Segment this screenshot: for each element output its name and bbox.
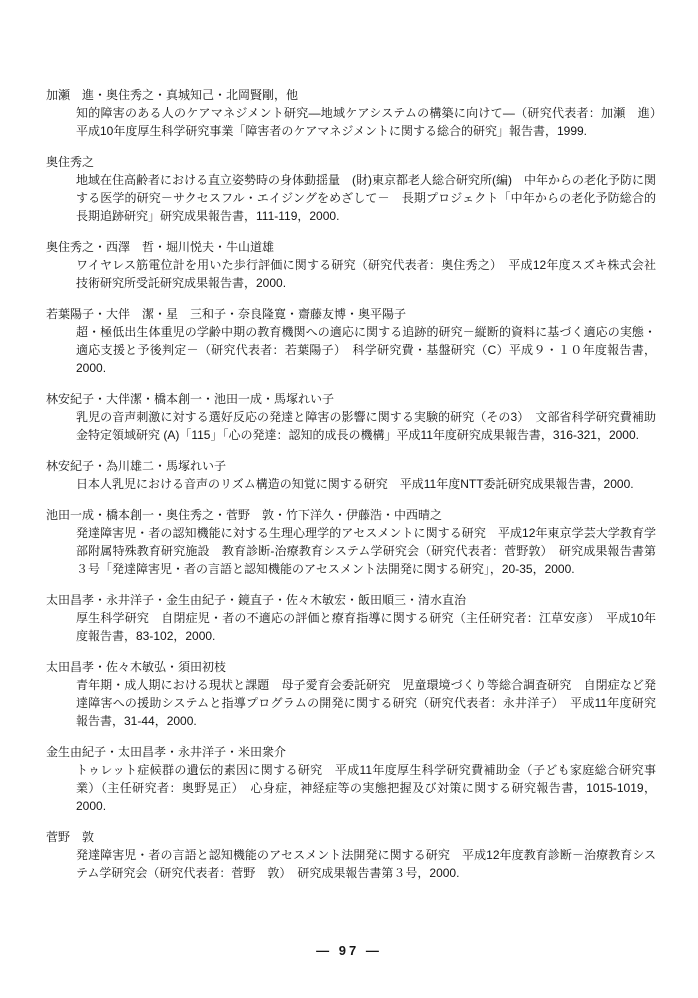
- bibliography-entry: 奥住秀之・西澤 哲・堀川悦夫・牛山道雄 ワイヤレス筋電位計を用いた歩行評価に関す…: [46, 238, 656, 292]
- entry-authors: 奥住秀之・西澤 哲・堀川悦夫・牛山道雄: [46, 238, 656, 256]
- entry-authors: 太田昌孝・佐々木敏弘・須田初枝: [46, 658, 656, 676]
- entry-body: 知的障害のある人のケアマネジメント研究―地域ケアシステムの構築に向けて―（研究代…: [76, 104, 656, 140]
- document-page: 加瀬 進・奥住秀之・真城知己・北岡賢剛，他 知的障害のある人のケアマネジメント研…: [0, 0, 698, 998]
- entry-body: 厚生科学研究 自閉症児・者の不適応の評価と療育指導に関する研究（主任研究者：江草…: [76, 609, 656, 645]
- entry-authors: 池田一成・橋本創一・奥住秀之・菅野 敦・竹下洋久・伊藤浩・中西晴之: [46, 506, 656, 524]
- bibliography-entry: 金生由紀子・太田昌孝・永井洋子・米田衆介 トゥレット症候群の遺伝的素因に関する研…: [46, 743, 656, 815]
- bibliography-list: 加瀬 進・奥住秀之・真城知己・北岡賢剛，他 知的障害のある人のケアマネジメント研…: [46, 86, 656, 895]
- bibliography-entry: 加瀬 進・奥住秀之・真城知己・北岡賢剛，他 知的障害のある人のケアマネジメント研…: [46, 86, 656, 140]
- entry-body: 超・極低出生体重児の学齢中期の教育機関への適応に関する追跡的研究－縦断的資料に基…: [76, 323, 656, 377]
- entry-body: 青年期・成人期における現状と課題 母子愛育会委託研究 児童環境づくり等総合調査研…: [76, 676, 656, 730]
- bibliography-entry: 池田一成・橋本創一・奥住秀之・菅野 敦・竹下洋久・伊藤浩・中西晴之 発達障害児・…: [46, 506, 656, 578]
- entry-authors: 金生由紀子・太田昌孝・永井洋子・米田衆介: [46, 743, 656, 761]
- bibliography-entry: 奥住秀之 地域在住高齢者における直立姿勢時の身体動揺量 (財)東京都老人総合研究…: [46, 153, 656, 225]
- bibliography-entry: 若葉陽子・大伴 潔・星 三和子・奈良隆寛・齋藤友博・奥平陽子 超・極低出生体重児…: [46, 305, 656, 377]
- bibliography-entry: 太田昌孝・佐々木敏弘・須田初枝 青年期・成人期における現状と課題 母子愛育会委託…: [46, 658, 656, 730]
- entry-authors: 林安紀子・為川雄二・馬塚れい子: [46, 457, 656, 475]
- bibliography-entry: 菅野 敦 発達障害児・者の言語と認知機能のアセスメント法開発に関する研究 平成1…: [46, 828, 656, 882]
- bibliography-entry: 林安紀子・大伴潔・橋本創一・池田一成・馬塚れい子 乳児の音声刺激に対する選好反応…: [46, 390, 656, 444]
- entry-authors: 若葉陽子・大伴 潔・星 三和子・奈良隆寛・齋藤友博・奥平陽子: [46, 305, 656, 323]
- entry-body: 発達障害児・者の言語と認知機能のアセスメント法開発に関する研究 平成12年度教育…: [76, 846, 656, 882]
- entry-body: 日本人乳児における音声のリズム構造の知覚に関する研究 平成11年度NTT委託研究…: [76, 475, 656, 493]
- entry-authors: 奥住秀之: [46, 153, 656, 171]
- entry-body: 地域在住高齢者における直立姿勢時の身体動揺量 (財)東京都老人総合研究所(編) …: [76, 171, 656, 225]
- entry-body: ワイヤレス筋電位計を用いた歩行評価に関する研究（研究代表者：奥住秀之） 平成12…: [76, 256, 656, 292]
- bibliography-entry: 太田昌孝・永井洋子・金生由紀子・鏡直子・佐々木敏宏・飯田順三・清水直治 厚生科学…: [46, 591, 656, 645]
- entry-authors: 太田昌孝・永井洋子・金生由紀子・鏡直子・佐々木敏宏・飯田順三・清水直治: [46, 591, 656, 609]
- entry-authors: 林安紀子・大伴潔・橋本創一・池田一成・馬塚れい子: [46, 390, 656, 408]
- entry-body: 乳児の音声刺激に対する選好反応の発達と障害の影響に関する実験的研究（その3） 文…: [76, 408, 656, 444]
- entry-body: 発達障害児・者の認知機能に対する生理心理学的アセスメントに関する研究 平成12年…: [76, 524, 656, 578]
- entry-authors: 加瀬 進・奥住秀之・真城知己・北岡賢剛，他: [46, 86, 656, 104]
- page-number: — 97 —: [0, 943, 698, 958]
- entry-body: トゥレット症候群の遺伝的素因に関する研究 平成11年度厚生科学研究費補助金（子ど…: [76, 761, 656, 815]
- bibliography-entry: 林安紀子・為川雄二・馬塚れい子 日本人乳児における音声のリズム構造の知覚に関する…: [46, 457, 656, 493]
- entry-authors: 菅野 敦: [46, 828, 656, 846]
